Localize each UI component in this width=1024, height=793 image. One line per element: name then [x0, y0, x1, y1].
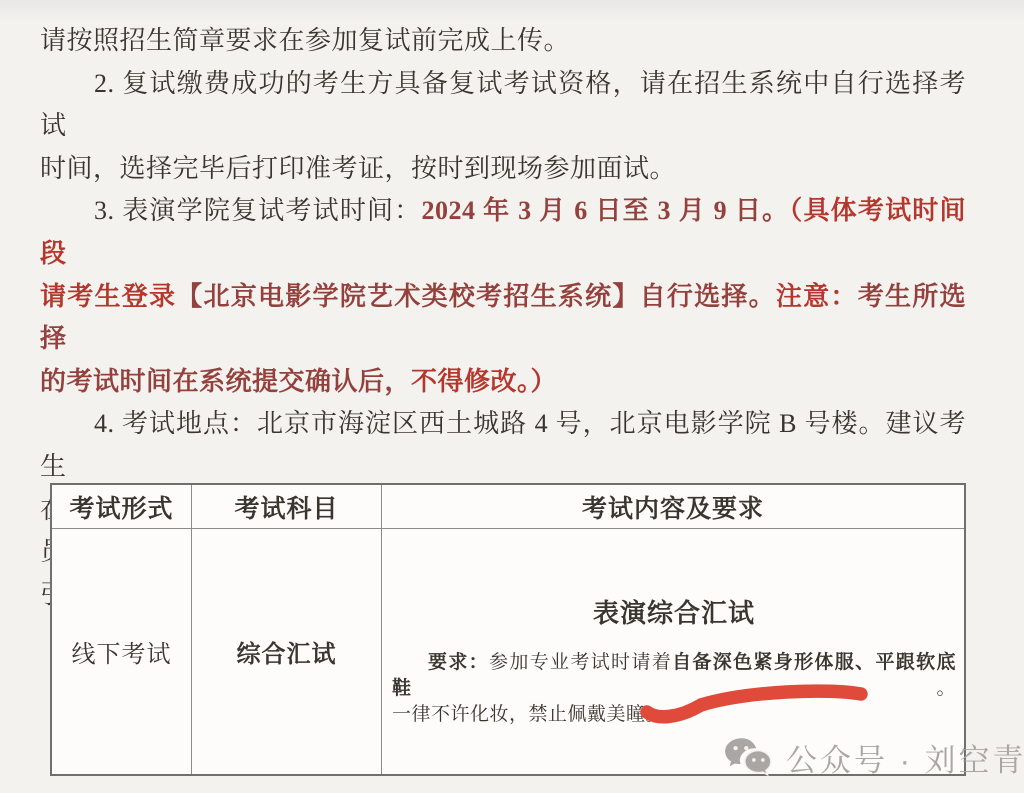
- text-segment: 自行选择。: [640, 282, 776, 311]
- red-marker-stroke: [633, 679, 877, 729]
- table-cell-exam-subject: 综合汇试: [192, 529, 382, 774]
- text-segment: 请按照招生简章要求在参加复试前完成上传。: [40, 26, 570, 55]
- text-segment: 请考生登录: [40, 282, 176, 311]
- exam-content-title: 表演综合汇试: [392, 593, 956, 630]
- text-segment: 不得修改。）: [411, 367, 557, 396]
- document-page: 请按照招生简章要求在参加复试前完成上传。 2. 复试缴费成功的考生方具备复试考试…: [0, 0, 1024, 793]
- watermark-text: 公众号 · 刘空青: [786, 735, 1024, 780]
- document-line: 请按照招生简章要求在参加复试前完成上传。: [40, 20, 966, 63]
- exam-table: 考试形式 考试科目 考试内容及要求 线下考试 综合汇试 表演综合汇试 要求：参加…: [50, 483, 966, 776]
- text-segment: 4. 考试地点：北京市海淀区西土城路 4 号，北京电影学院 B 号楼。建议考生: [40, 409, 966, 481]
- table-cell-exam-form: 线下考试: [52, 529, 192, 774]
- text-segment: 的考试时间在系统提交确认后，: [40, 367, 411, 396]
- text-segment: 3. 表演学院复试考试时间：: [94, 196, 421, 225]
- document-line: 3. 表演学院复试考试时间：2024 年 3 月 6 日至 3 月 9 日。（具…: [40, 190, 966, 275]
- text-segment: 2. 复试缴费成功的考生方具备复试考试资格，请在招生系统中自行选择考试: [40, 69, 966, 141]
- text-segment: 【北京电影学院艺术类校考招生系统】: [176, 282, 639, 311]
- text-segment: 要求：: [428, 652, 489, 673]
- text-segment: 2024 年 3 月 6 日至 3 月 9 日。: [421, 196, 789, 225]
- document-line: 2. 复试缴费成功的考生方具备复试考试资格，请在招生系统中自行选择考试: [40, 63, 966, 148]
- document-line: 4. 考试地点：北京市海淀区西土城路 4 号，北京电影学院 B 号楼。建议考生: [40, 403, 966, 488]
- text-segment: 。: [936, 678, 956, 699]
- text-segment: 时间，选择完毕后打印准考证，按时到现场参加面试。: [40, 154, 676, 183]
- text-segment: 参加专业考试时请着: [489, 652, 672, 673]
- text-segment: 注意：: [776, 282, 858, 311]
- wechat-icon: [724, 736, 774, 778]
- text-segment: 一律不许化妆，禁止佩戴美瞳。: [392, 704, 665, 725]
- table-header-exam-form: 考试形式: [52, 485, 192, 529]
- document-line: 请考生登录【北京电影学院艺术类校考招生系统】自行选择。注意：考生所选择: [40, 276, 966, 361]
- document-line: 的考试时间在系统提交确认后，不得修改。）: [40, 361, 966, 404]
- watermark: 公众号 · 刘空青: [724, 734, 1024, 780]
- document-line: 时间，选择完毕后打印准考证，按时到现场参加面试。: [40, 148, 966, 191]
- table-header-exam-content: 考试内容及要求: [382, 485, 964, 529]
- table-header-exam-subject: 考试科目: [192, 485, 382, 529]
